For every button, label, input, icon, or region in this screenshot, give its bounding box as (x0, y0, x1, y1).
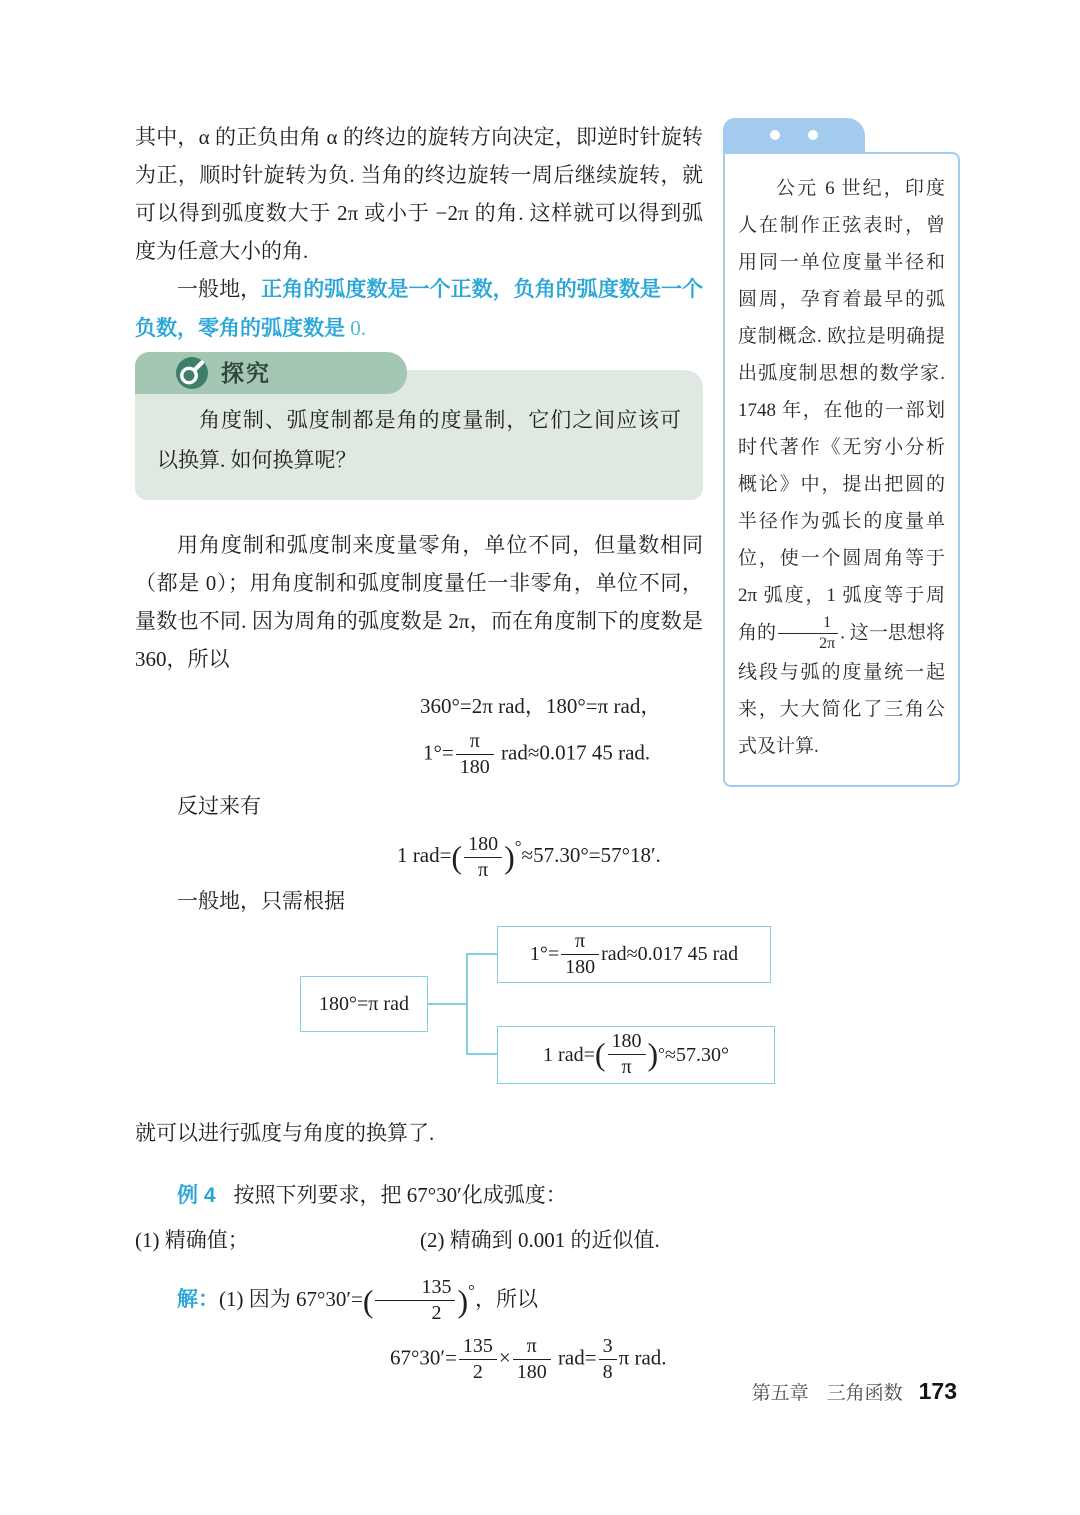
fraction-denominator: 180 (456, 755, 494, 779)
explore-title: 探究 (221, 354, 271, 392)
times-sign: × (499, 1345, 511, 1369)
formula-text: rad= (553, 1345, 597, 1369)
formula-text: rad≈0.017 45 rad. (496, 740, 650, 764)
sidebar-tab (723, 118, 865, 152)
tab-dot-icon (770, 130, 780, 140)
formula-text: ，所以 (475, 1287, 538, 1311)
fraction-denominator: π (608, 1055, 646, 1079)
sidebar-note-text: 公元 6 世纪，印度人在制作正弦表时，曾用同一单位度量半径和圆周，孕育着最早的弧… (738, 170, 945, 765)
example-statement: 按照下列要求，把 67°30′化成弧度： (234, 1183, 567, 1207)
fraction-denominator: 2π (778, 634, 838, 653)
fraction-1-2pi: 12π (778, 614, 838, 654)
footer-page-number: 173 (919, 1378, 957, 1405)
fraction-180-pi: 180π (464, 833, 502, 882)
fraction-pi-180: π180 (513, 1335, 551, 1384)
footer-section-title: 三角函数 (827, 1378, 903, 1405)
example-label: 例 4 (177, 1184, 216, 1207)
reverse-label: 反过来有 (135, 787, 703, 825)
tab-dot-icon (808, 130, 818, 140)
fraction-numerator: 135 (459, 1335, 497, 1360)
fraction-180-pi: 180π (608, 1030, 646, 1079)
open-paren: ( (595, 1035, 606, 1073)
formula-text: (1) 因为 67°30′= (219, 1287, 363, 1311)
formula-one-rad: 1 rad=(180π)°≈57.30°=57°18′. (397, 829, 703, 882)
formula-text: π rad. (619, 1345, 667, 1369)
highlighted-zero-value: 0. (345, 316, 366, 340)
fraction-numerator: π (456, 730, 494, 755)
solution-label: 解： (177, 1288, 219, 1311)
formula-text: ≈57.30°=57°18′. (522, 843, 661, 867)
paragraph-general-rule: 一般地，正角的弧度数是一个正数，负角的弧度数是一个负数，零角的弧度数是 0. (135, 270, 703, 348)
diagram-box-180: 180°=π rad (300, 976, 428, 1032)
fraction-denominator: 2 (375, 1301, 455, 1325)
page-footer: 第五章 三角函数 173 (0, 1378, 957, 1405)
text-run-general-prefix: 一般地， (177, 277, 261, 301)
example-item-1: (1) 精确值； (135, 1221, 420, 1259)
explore-question: 角度制、弧度制都是角的度量制，它们之间应该可以换算. 如何换算呢？ (157, 400, 681, 480)
formula-text: ≈57.30° (665, 1043, 729, 1067)
fraction-numerator: 180 (608, 1030, 646, 1055)
history-note-sidebar: 公元 6 世纪，印度人在制作正弦表时，曾用同一单位度量半径和圆周，孕育着最早的弧… (723, 118, 960, 787)
close-paren: ) (648, 1035, 659, 1073)
fraction-numerator: 1 (778, 614, 838, 634)
fraction-135-2: 1352 (375, 1276, 455, 1325)
diagram-box-rad-to-degree: 1 rad=(180π)°≈57.30° (497, 1026, 775, 1084)
main-column: 其中，α 的正负由角 α 的终边的旋转方向决定，即逆时针旋转为正，顺时针旋转为负… (135, 118, 703, 1384)
degree-sign: ° (515, 837, 522, 856)
paragraph-conversion-intro: 用角度制和弧度制来度量零角，单位不同，但量数相同（都是 0）；用角度制和弧度制度… (135, 526, 703, 678)
fraction-denominator: 180 (561, 955, 599, 979)
explore-box: 探究 角度制、弧度制都是角的度量制，它们之间应该可以换算. 如何换算呢？ (135, 352, 703, 500)
formula-text: 1°= (530, 942, 559, 966)
formula-text: 1 rad= (397, 843, 451, 867)
example-items-line: (1) 精确值；(2) 精确到 0.001 的近似值. (135, 1221, 703, 1259)
conclusion-text: 就可以进行弧度与角度的换算了. (135, 1114, 703, 1152)
text-run: 公元 6 世纪，印度人在制作正弦表时，曾用同一单位度量半径和圆周，孕育着最早的弧… (738, 178, 945, 643)
formula-360-180: 360°=2π rad，180°=π rad， (420, 688, 703, 724)
degree-sign: ° (658, 1044, 665, 1064)
example-statement-line: 例 4按照下列要求，把 67°30′化成弧度： (135, 1176, 703, 1215)
open-paren: ( (451, 839, 462, 875)
textbook-page: 其中，α 的正负由角 α 的终边的旋转方向决定，即逆时针旋转为正，顺时针旋转为负… (0, 0, 1080, 1515)
formula-text: 1 rad= (543, 1043, 595, 1067)
diagram-connector-line (466, 1053, 497, 1055)
close-paren: ) (504, 839, 515, 875)
fraction-pi-180: π180 (561, 930, 599, 979)
diagram-box-degree-to-rad: 1°=π180 rad≈0.017 45 rad (497, 926, 771, 983)
footer-chapter: 第五章 (752, 1378, 809, 1405)
fraction-3-8: 38 (599, 1335, 617, 1384)
fraction-pi-180: π180 (456, 730, 494, 779)
solution-line: 解：(1) 因为 67°30′=(1352)°，所以 (135, 1263, 703, 1329)
fraction-135-2: 1352 (459, 1335, 497, 1384)
fraction-numerator: π (561, 930, 599, 955)
fraction-denominator: π (464, 858, 502, 882)
paragraph-radian-sign-rule: 其中，α 的正负由角 α 的终边的旋转方向决定，即逆时针旋转为正，顺时针旋转为负… (135, 118, 703, 270)
formula-text: 67°30′= (390, 1345, 457, 1369)
fraction-numerator: π (513, 1335, 551, 1360)
open-paren: ( (363, 1283, 374, 1319)
solution-formula: 67°30′=1352×π180 rad=38π rad. (390, 1335, 703, 1384)
close-paren: ) (457, 1283, 468, 1319)
sidebar-note-body: 公元 6 世纪，印度人在制作正弦表时，曾用同一单位度量半径和圆周，孕育着最早的弧… (723, 152, 960, 787)
magnifier-explore-icon (175, 356, 209, 390)
diagram-connector-line (466, 953, 468, 1055)
formula-text: rad≈0.017 45 rad (601, 942, 738, 966)
formula-one-degree: 1°=π180 rad≈0.017 45 rad. (423, 730, 703, 779)
explore-tab: 探究 (135, 352, 407, 394)
fraction-numerator: 135 (375, 1276, 455, 1301)
diagram-connector-line (466, 953, 497, 955)
conversion-diagram: 180°=π rad 1°=π180 rad≈0.017 45 rad 1 ra… (135, 922, 703, 1086)
degree-sign: ° (468, 1281, 475, 1300)
example-item-2: (2) 精确到 0.001 的近似值. (420, 1228, 660, 1252)
general-label: 一般地，只需根据 (135, 882, 703, 920)
diagram-connector-line (428, 1003, 466, 1005)
fraction-numerator: 180 (464, 833, 502, 858)
fraction-numerator: 3 (599, 1335, 617, 1360)
formula-text: 1°= (423, 740, 454, 764)
